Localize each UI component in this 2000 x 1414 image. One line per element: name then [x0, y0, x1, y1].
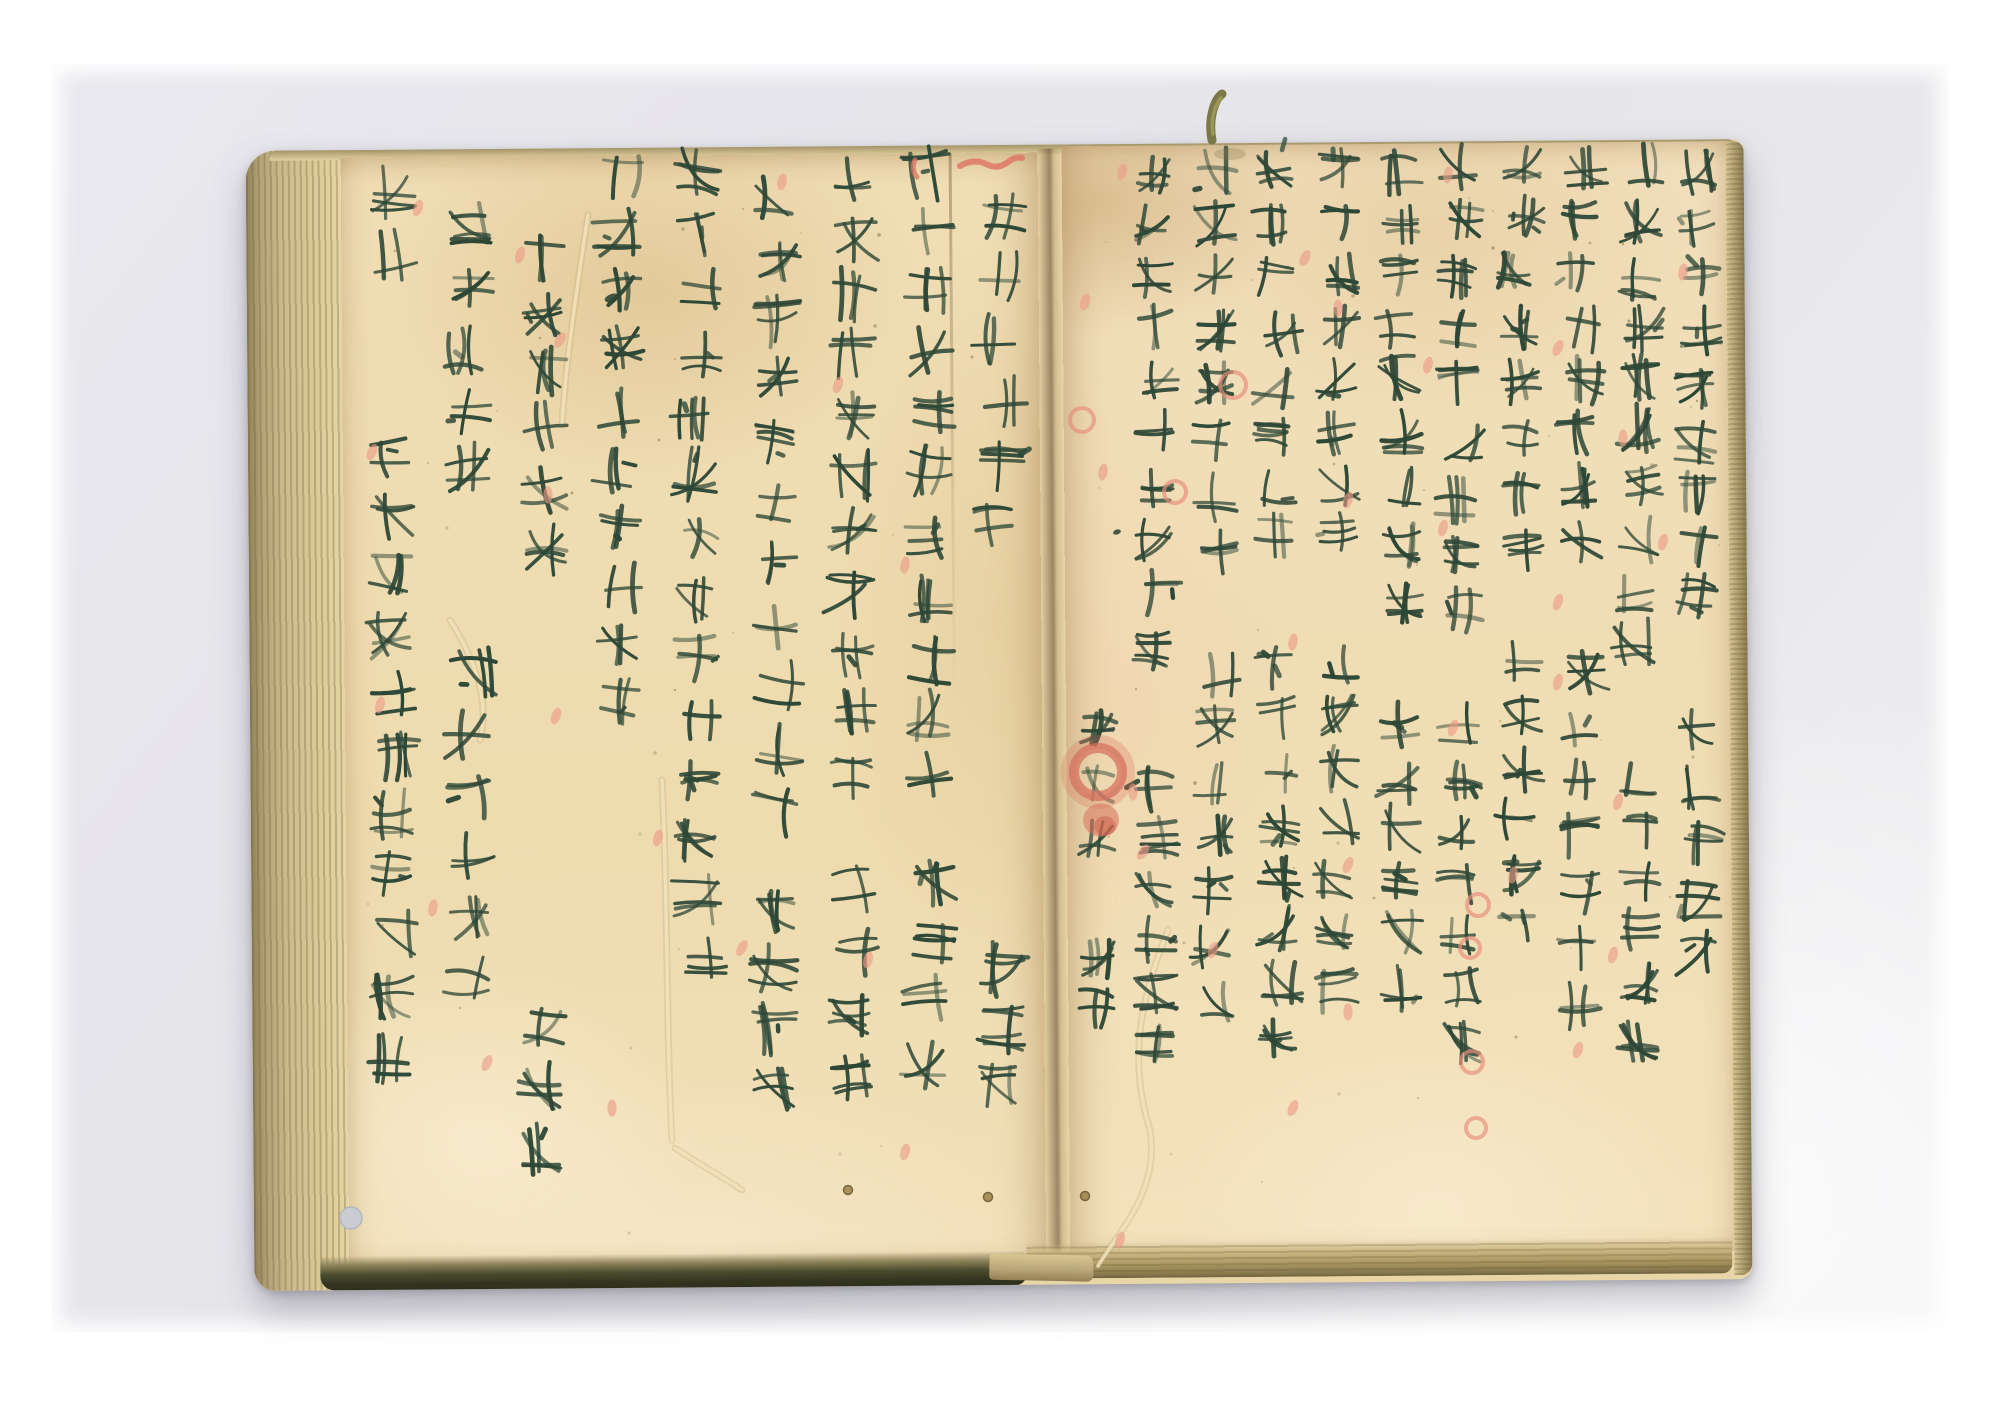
left-page-edge-stack	[246, 150, 351, 1291]
open-manuscript-book	[246, 139, 1753, 1291]
right-page	[1062, 141, 1735, 1256]
gutter-bottom-tear	[989, 1254, 1094, 1282]
bottom-edge-left-dark	[320, 1251, 1026, 1291]
left-page	[341, 153, 1047, 1270]
bottom-edge-right-tan	[1026, 1237, 1732, 1279]
scanned-book-photo	[0, 0, 2000, 1414]
